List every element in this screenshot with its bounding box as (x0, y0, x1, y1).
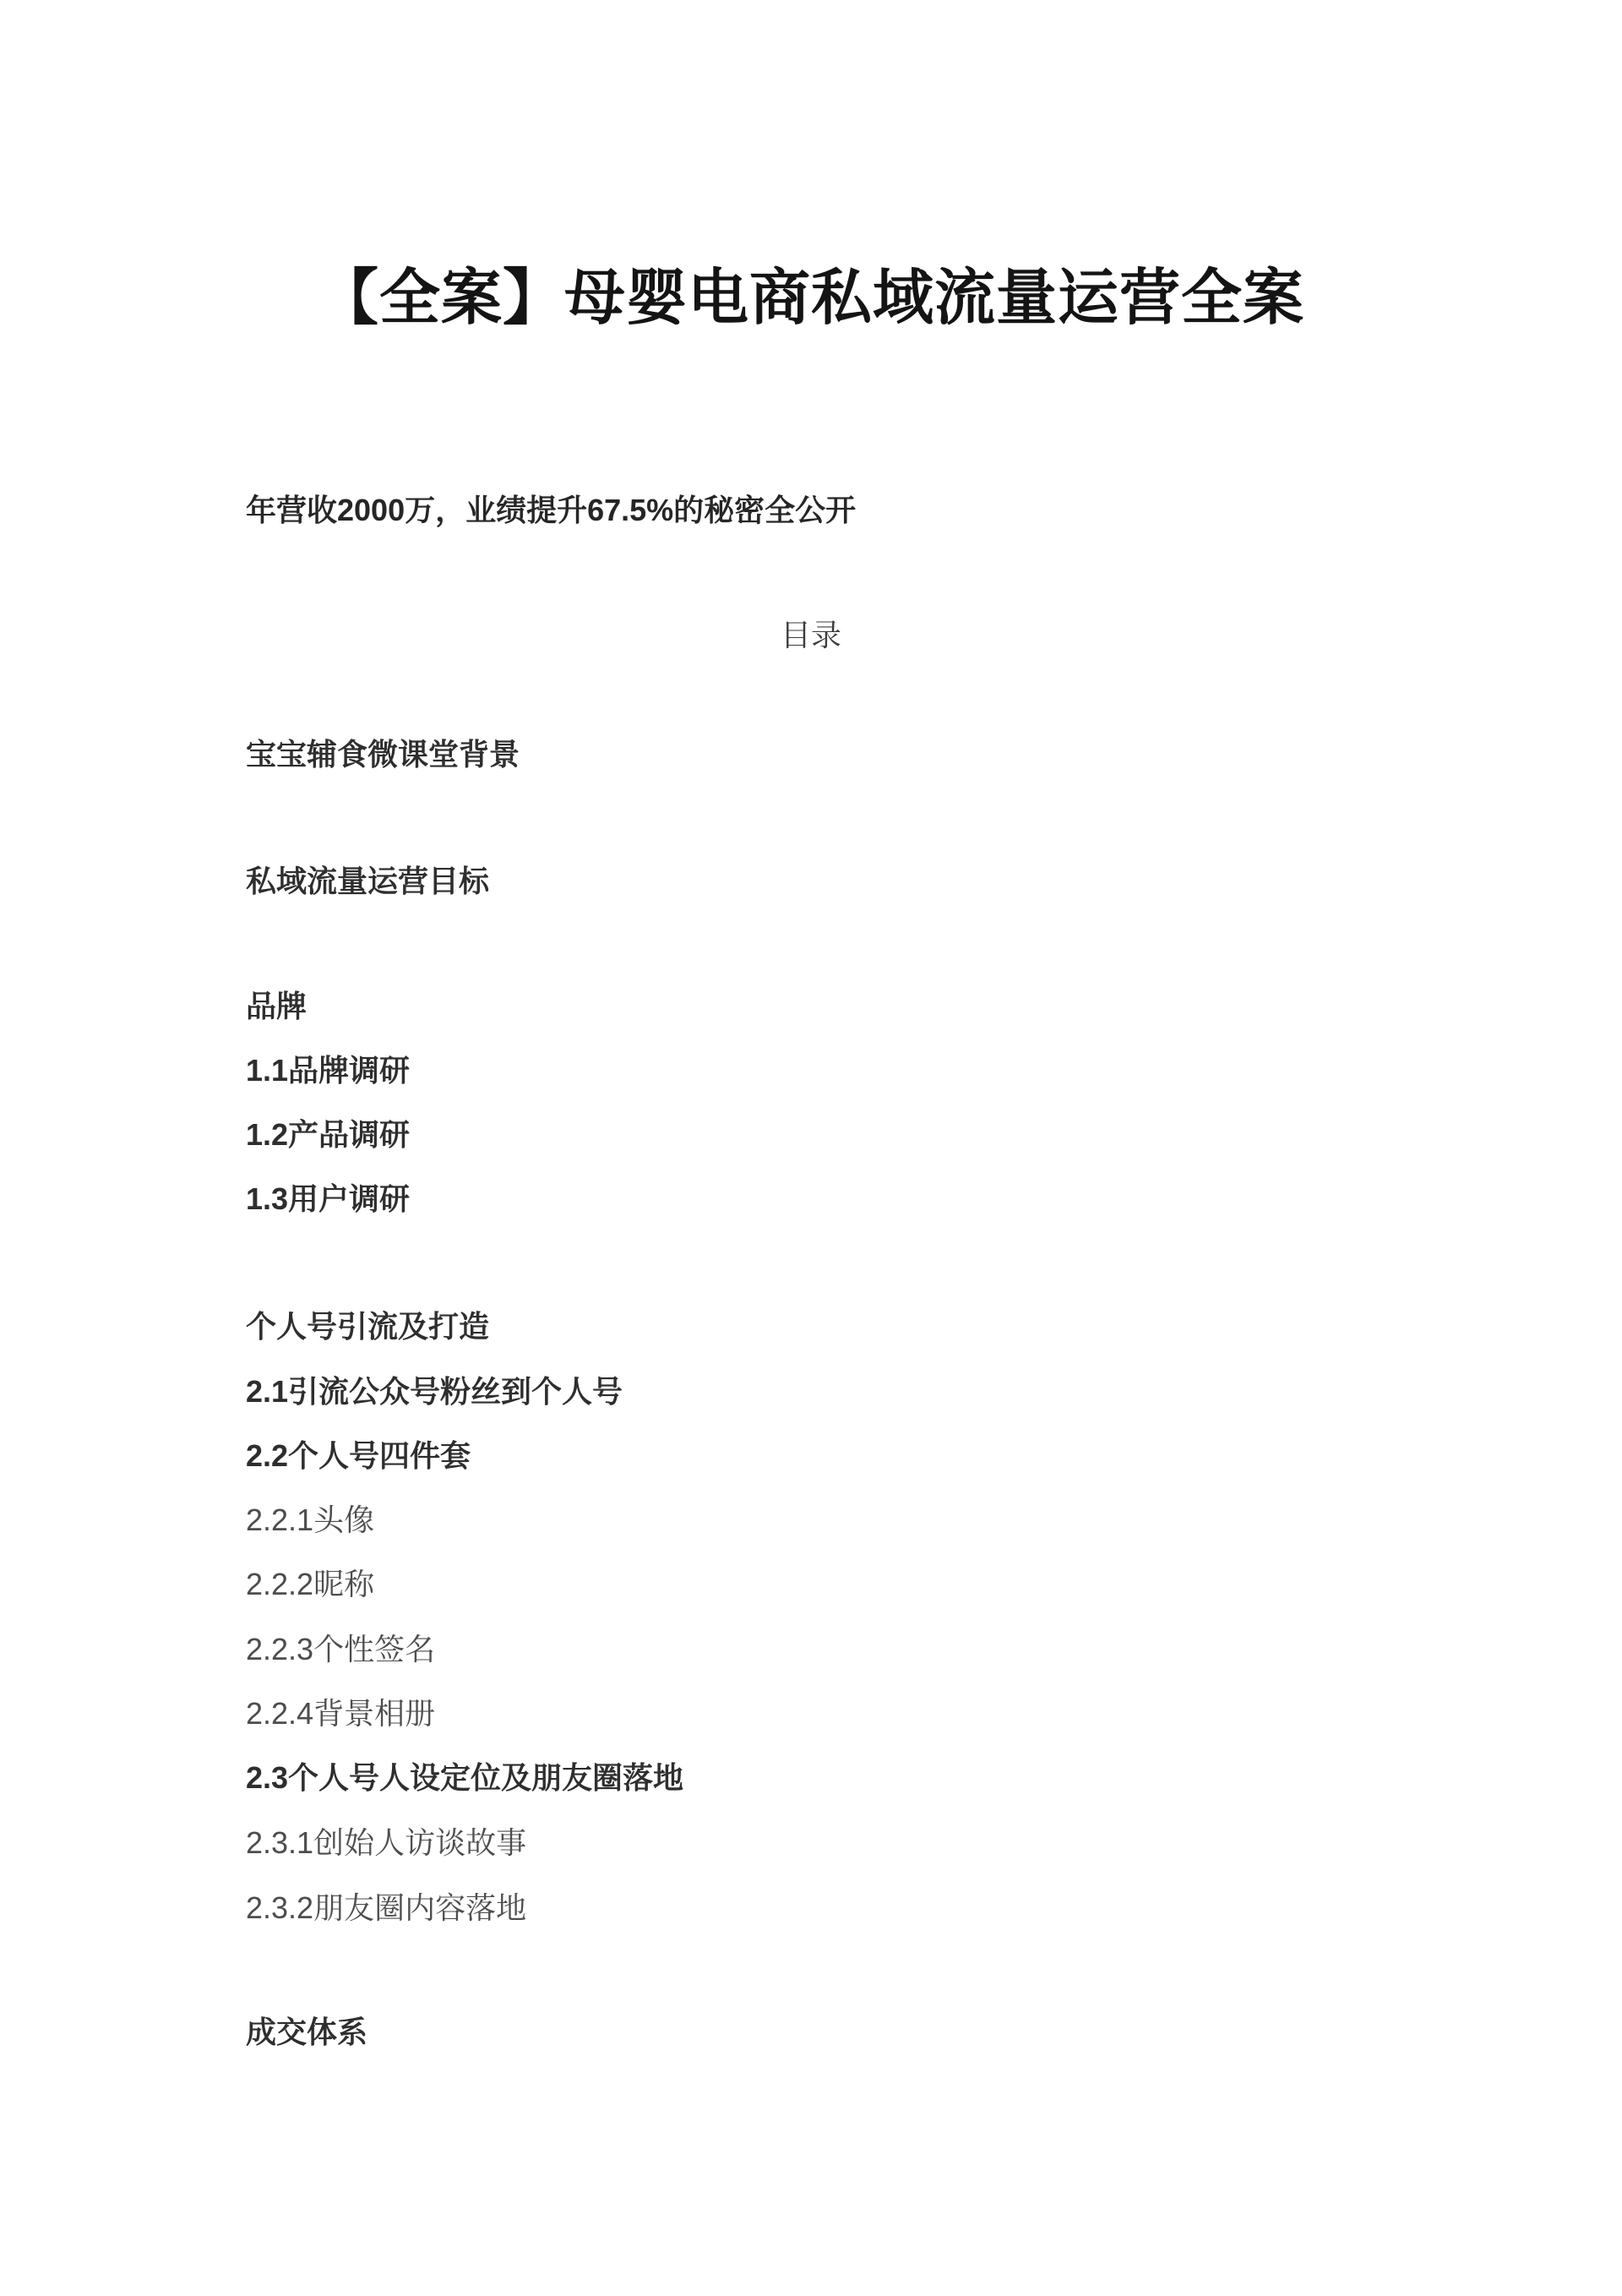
document-subtitle: 年营收2000万，业绩提升67.5%的秘密全公开 (246, 495, 856, 526)
document-title: 【全案】母婴电商私域流量运营全案 (0, 265, 1622, 332)
toc-entry-2-2-2-nickname: 2.2.2昵称 (246, 1568, 374, 1601)
document-page: 【全案】母婴电商私域流量运营全案 年营收2000万，业绩提升67.5%的秘密全公… (0, 0, 1622, 2296)
toc-entry-2-2-four-piece-set: 2.2个人号四件套 (246, 1440, 471, 1472)
toc-entry-2-2-3-signature: 2.2.3个性签名 (246, 1633, 435, 1666)
toc-entry-private-traffic-goals: 私域流量运营目标 (246, 865, 489, 897)
toc-entry-2-3-persona-moments: 2.3个人号人设定位及朋友圈落地 (246, 1762, 683, 1794)
toc-entry-2-3-2-moments-content: 2.3.2朋友圈内容落地 (246, 1892, 526, 1924)
toc-entry-2-2-4-background-album: 2.2.4背景相册 (246, 1698, 435, 1730)
toc-entry-1-1-brand-research: 1.1品牌调研 (246, 1055, 410, 1087)
toc-entry-deal-system: 成交体系 (246, 2016, 367, 2048)
toc-entry-brand: 品牌 (246, 990, 307, 1023)
toc-heading: 目录 (0, 620, 1622, 651)
toc-entry-1-2-product-research: 1.2产品调研 (246, 1119, 410, 1151)
toc-entry-2-3-1-founder-story: 2.3.1创始人访谈故事 (246, 1827, 526, 1859)
toc-entry-personal-account-building: 个人号引流及打造 (246, 1311, 489, 1343)
toc-entry-2-1-fans-to-personal: 2.1引流公众号粉丝到个人号 (246, 1376, 623, 1408)
toc-entry-baby-food-class-background: 宝宝辅食微课堂背景 (246, 739, 520, 771)
toc-entry-2-2-1-avatar: 2.2.1头像 (246, 1504, 374, 1536)
toc-entry-1-3-user-research: 1.3用户调研 (246, 1183, 410, 1215)
